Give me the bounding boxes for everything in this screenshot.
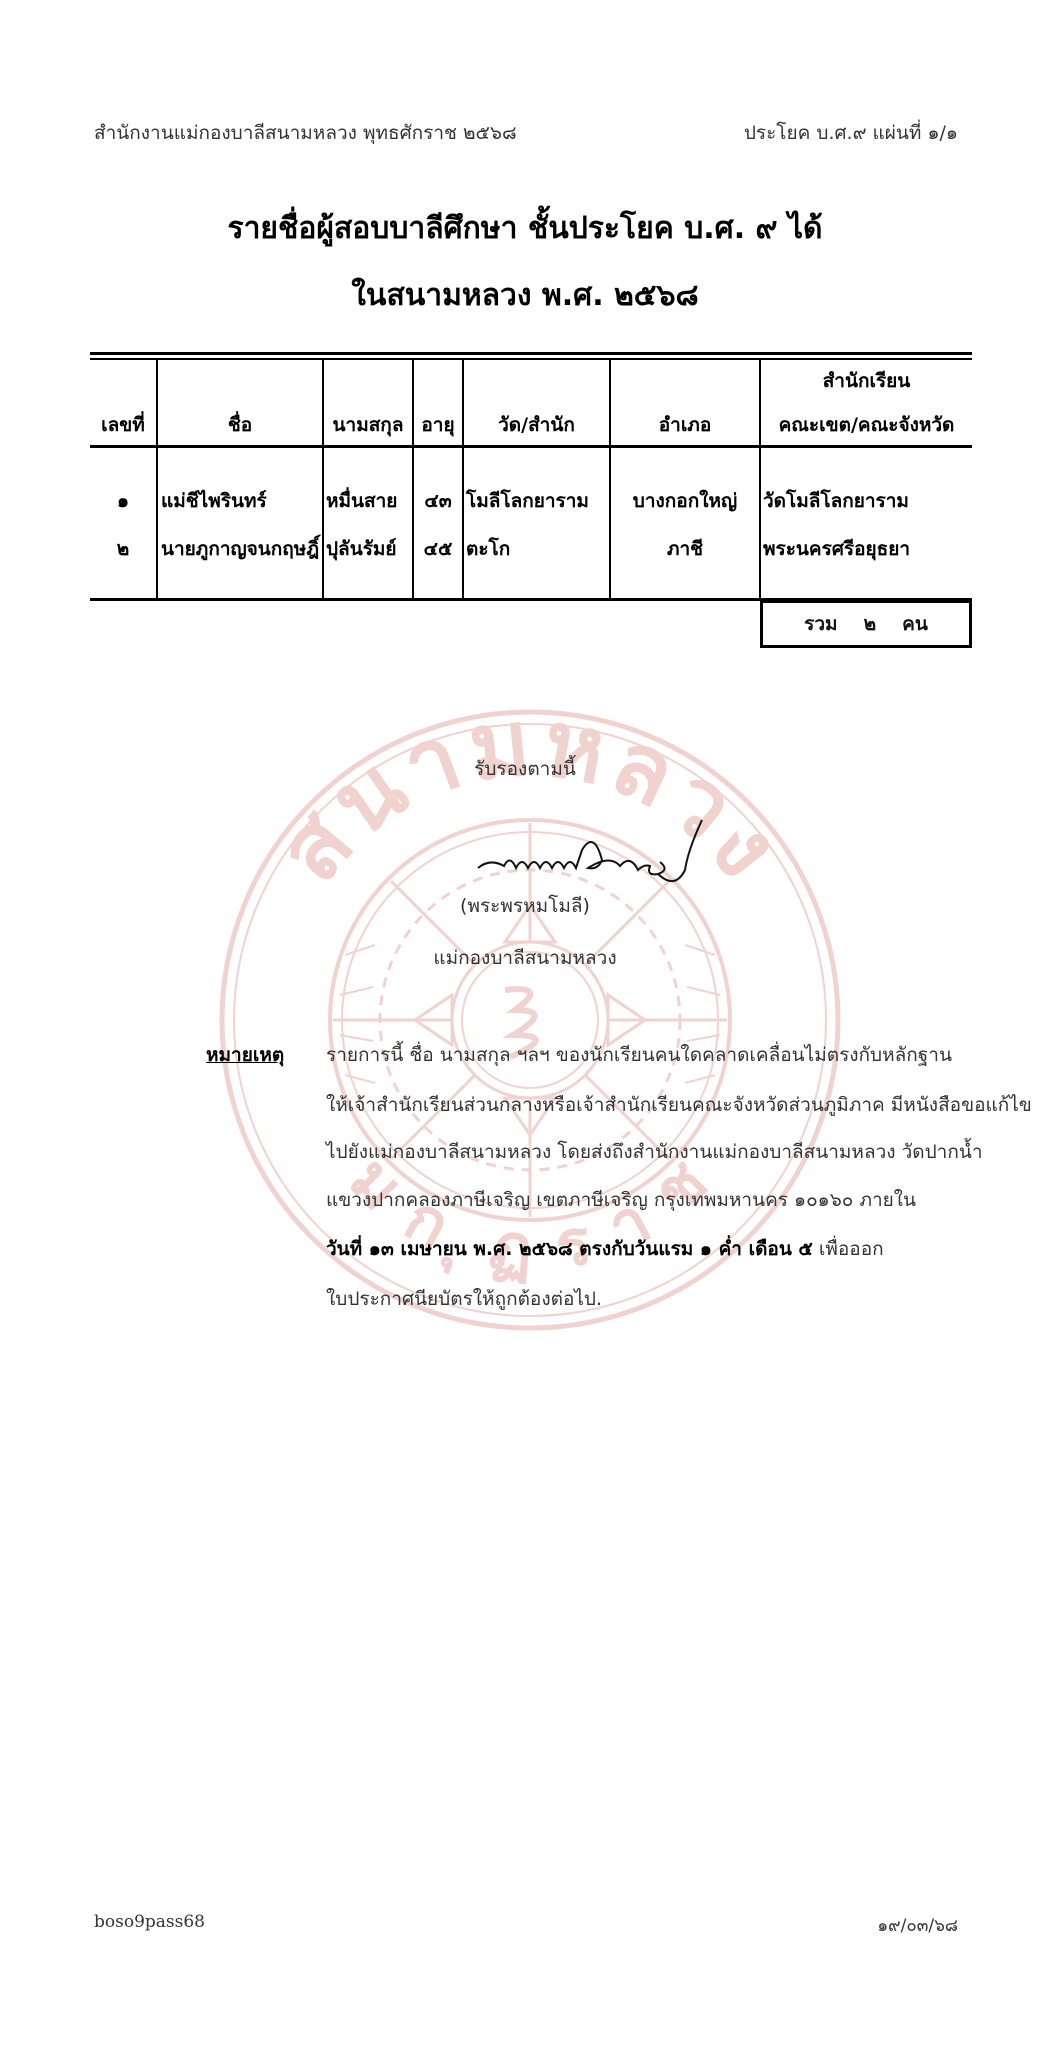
col-header-name: ชื่อ bbox=[158, 410, 322, 440]
row-temple: ตะโก bbox=[466, 534, 510, 564]
remark-line: ไปยังแม่กองบาลีสนามหลวง โดยส่งถึงสำนักงา… bbox=[326, 1137, 982, 1167]
remark-line: แขวงปากคลองภาษีเจริญ เขตภาษีเจริญ กรุงเท… bbox=[326, 1185, 916, 1215]
row-number: ๒ bbox=[90, 534, 156, 564]
remarks-label: หมายเหตุ bbox=[206, 1040, 284, 1070]
signer-title: แม่กองบาลีสนามหลวง bbox=[0, 943, 1050, 973]
col-divider bbox=[462, 360, 464, 600]
total-count: ๒ bbox=[864, 609, 877, 639]
total-unit: คน bbox=[902, 609, 928, 639]
document-subtitle: ในสนามหลวง พ.ศ. ๒๕๖๘ bbox=[0, 272, 1050, 319]
table-top-rule bbox=[90, 352, 972, 355]
row-district: ภาชี bbox=[611, 534, 759, 564]
row-age: ๔๓ bbox=[414, 486, 462, 516]
row-name: นายภูกาญจนกฤษฎิ์ bbox=[161, 534, 319, 564]
col-header-district: อำเภอ bbox=[611, 410, 759, 440]
row-district: บางกอกใหญ่ bbox=[611, 486, 759, 516]
row-school: พระนครศรีอยุธยา bbox=[763, 534, 910, 564]
col-header-age: อายุ bbox=[414, 410, 462, 440]
certify-label: รับรองตามนี้ bbox=[0, 754, 1050, 784]
col-divider bbox=[412, 360, 414, 600]
total-count-box: รวม ๒ คน bbox=[760, 600, 972, 648]
sheet-number: ประโยค บ.ศ.๙ แผ่นที่ ๑/๑ bbox=[744, 118, 958, 148]
col-divider bbox=[759, 360, 761, 600]
remark-deadline-line: วันที่ ๑๓ เมษายน พ.ศ. ๒๕๖๘ ตรงกับวันแรม … bbox=[326, 1234, 884, 1264]
remark-line: ใบประกาศนียบัตรให้ถูกต้องต่อไป. bbox=[326, 1284, 602, 1314]
row-school: วัดโมลีโลกยาราม bbox=[763, 486, 909, 516]
col-header-number: เลขที่ bbox=[90, 410, 156, 440]
office-header: สำนักงานแม่กองบาลีสนามหลวง พุทธศักราช ๒๕… bbox=[94, 118, 517, 148]
col-divider bbox=[322, 360, 324, 600]
col-divider bbox=[609, 360, 611, 600]
signature-icon bbox=[470, 810, 710, 890]
issue-date: ๑๙/๐๓/๖๘ bbox=[877, 1912, 958, 1939]
col-header-school: สำนักเรียน bbox=[761, 366, 972, 396]
document-code: boso9pass68 bbox=[94, 1912, 205, 1932]
remark-deadline-tail: เพื่อออก bbox=[813, 1238, 884, 1260]
row-name: แม่ชีไพรินทร์ bbox=[161, 486, 267, 516]
table-top-rule-inner bbox=[90, 358, 972, 360]
signer-name: (พระพรหมโมลี) bbox=[0, 891, 1050, 921]
row-age: ๔๕ bbox=[414, 534, 462, 564]
remark-deadline: วันที่ ๑๓ เมษายน พ.ศ. ๒๕๖๘ ตรงกับวันแรม … bbox=[326, 1238, 813, 1260]
row-surname: หมื่นสาย bbox=[326, 486, 397, 516]
col-header-school-sub: คณะเขต/คณะจังหวัด bbox=[761, 410, 972, 440]
col-header-temple: วัด/สำนัก bbox=[464, 410, 609, 440]
remark-line: รายการนี้ ชื่อ นามสกุล ฯลฯ ของนักเรียนคน… bbox=[326, 1040, 952, 1070]
row-surname: ปุลันรัมย์ bbox=[326, 534, 397, 564]
total-label: รวม bbox=[804, 609, 837, 639]
col-divider bbox=[156, 360, 158, 600]
header-bottom-rule bbox=[90, 445, 972, 448]
remark-line: ให้เจ้าสำนักเรียนส่วนกลางหรือเจ้าสำนักเร… bbox=[326, 1090, 1032, 1120]
col-header-surname: นามสกุล bbox=[324, 410, 412, 440]
document-title: รายชื่อผู้สอบบาลีศึกษา ชั้นประโยค บ.ศ. ๙… bbox=[0, 205, 1050, 252]
row-number: ๑ bbox=[90, 486, 156, 516]
row-temple: โมลีโลกยาราม bbox=[466, 486, 589, 516]
